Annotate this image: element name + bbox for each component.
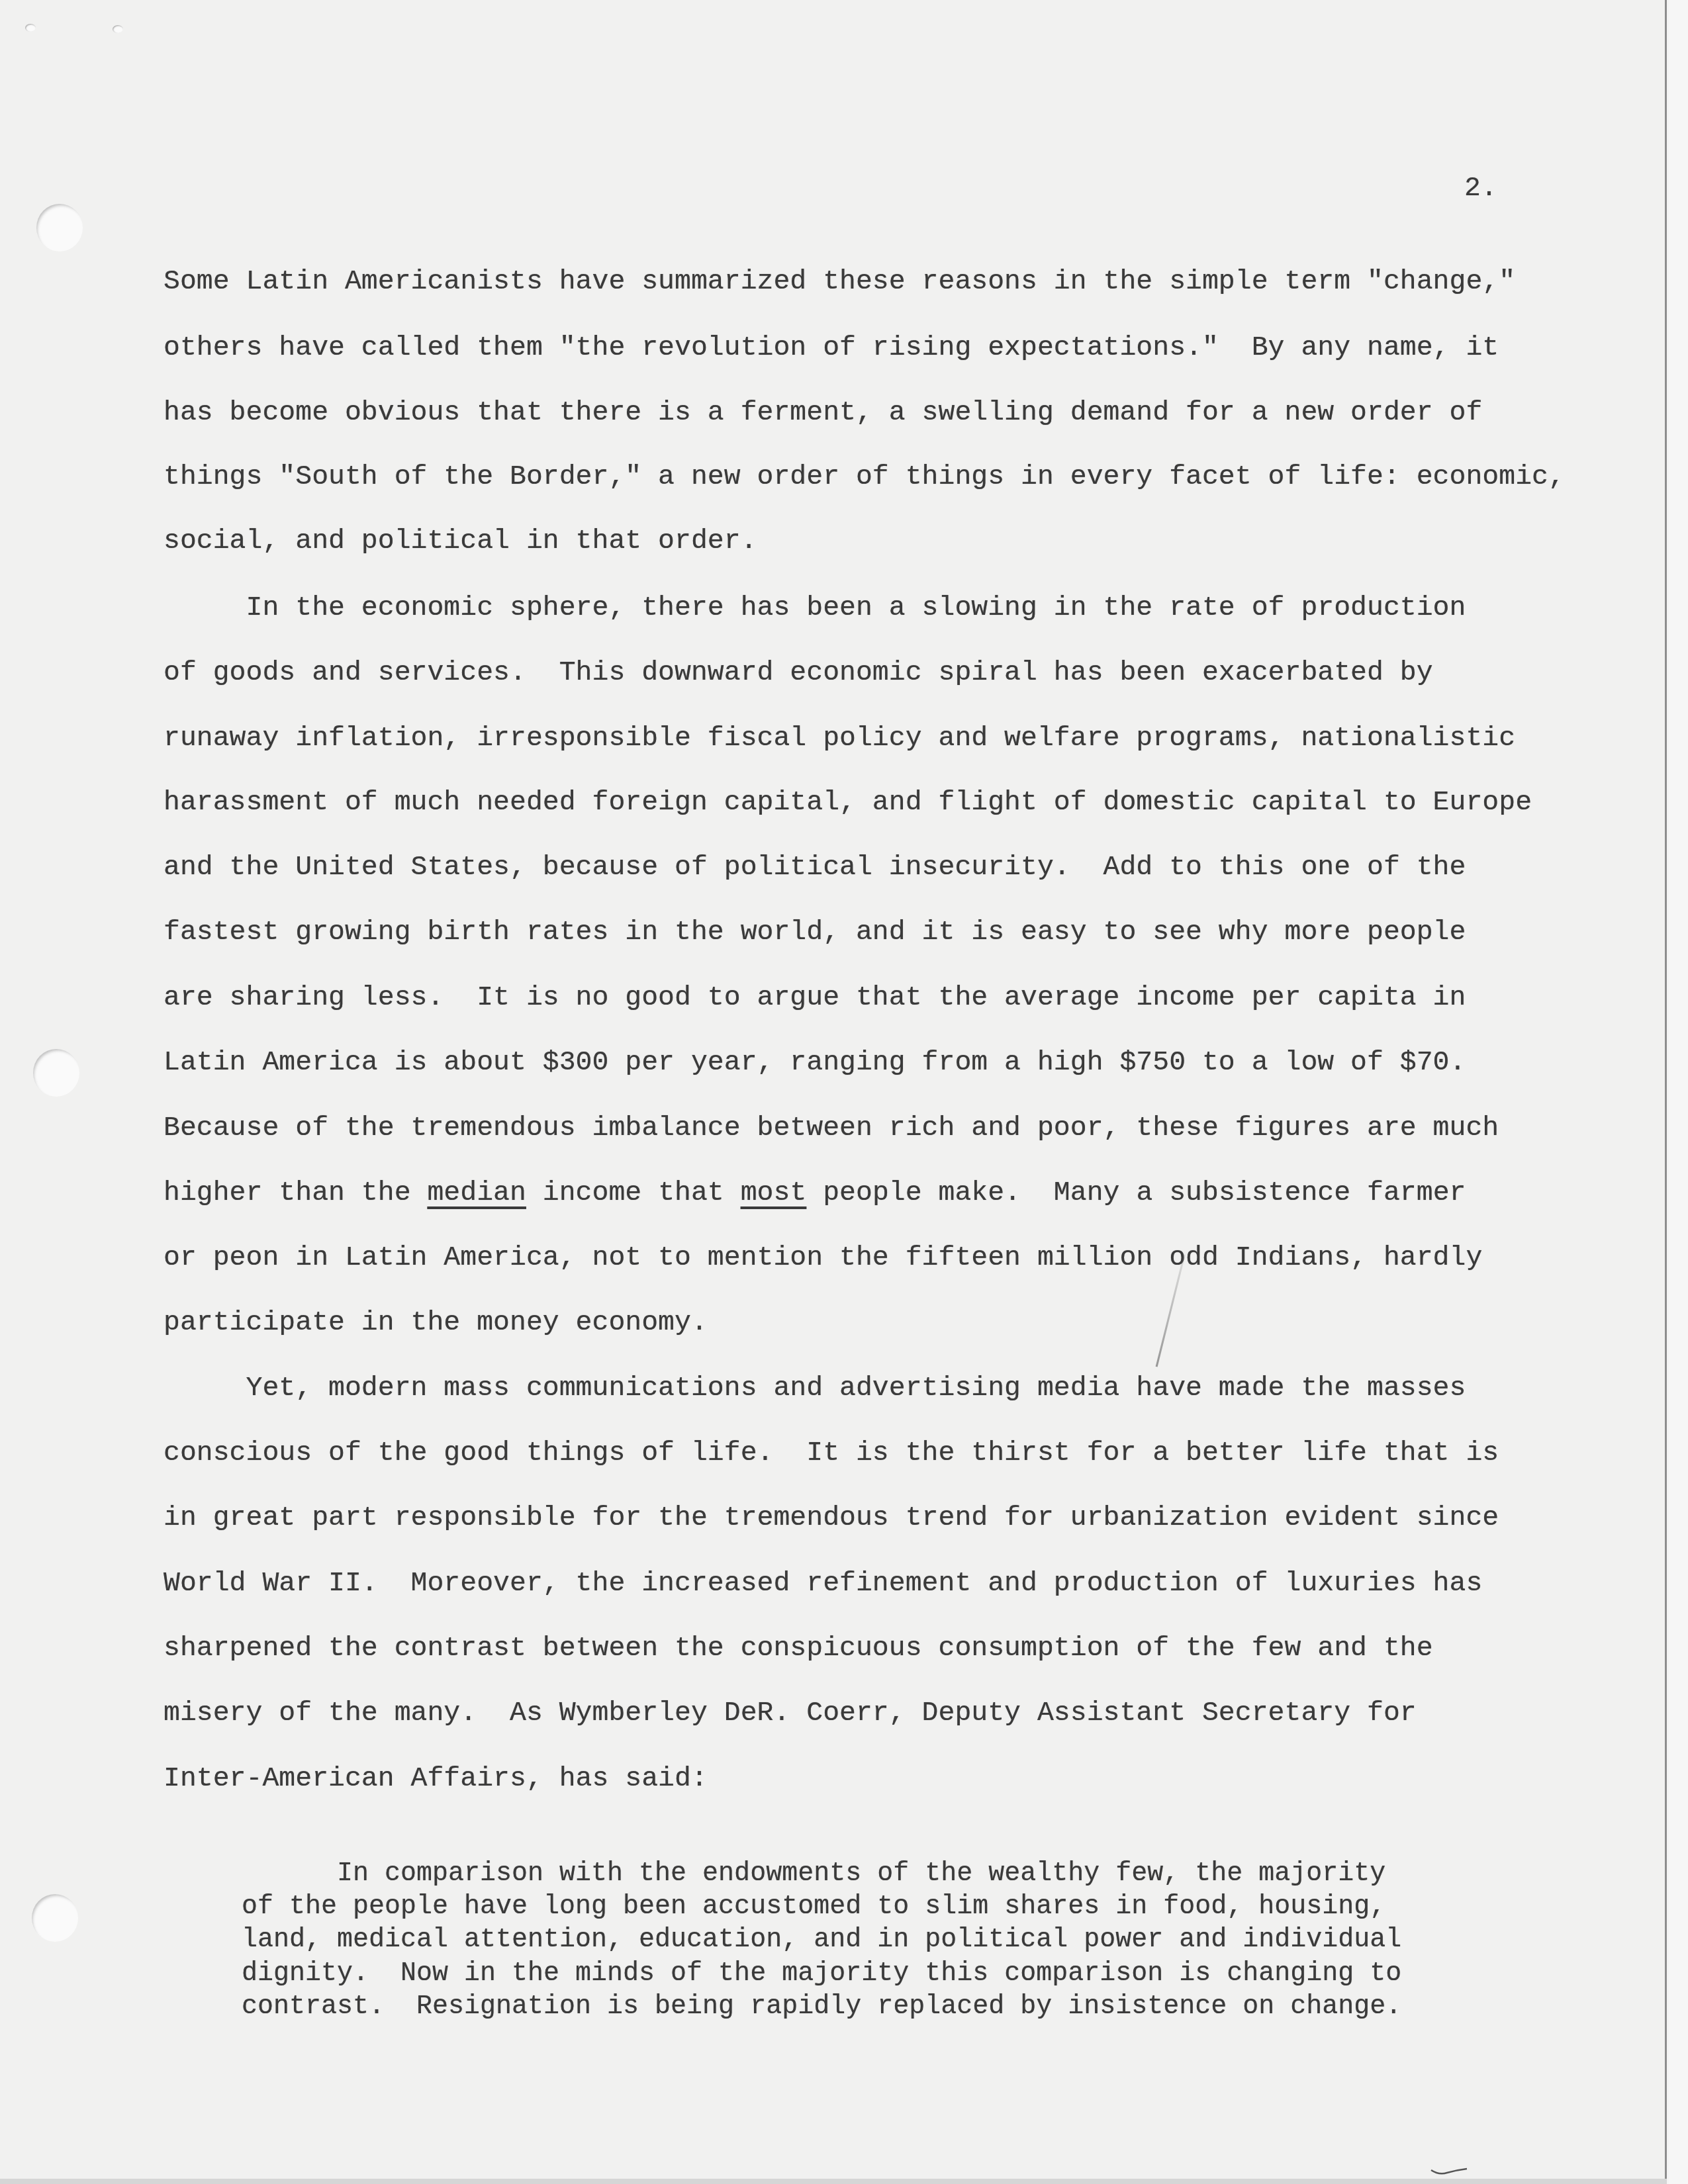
binder-hole-middle — [33, 1049, 79, 1097]
text-segment: income that — [526, 1177, 741, 1208]
paragraph-3-line-7: Inter-American Affairs, has said: — [164, 1765, 708, 1793]
block-quote-line-3: land, medical attention, education, and … — [242, 1927, 1401, 1954]
paragraph-2-line-1: In the economic sphere, there has been a… — [164, 594, 1466, 622]
paragraph-2-line-5: and the United States, because of politi… — [164, 854, 1466, 882]
text-segment: people make. Many a subsistence farmer — [806, 1177, 1466, 1208]
scanner-background-strip — [1669, 0, 1688, 2184]
paragraph-2-line-8: Latin America is about $300 per year, ra… — [164, 1049, 1466, 1077]
paragraph-1-line-5: social, and political in that order. — [164, 527, 757, 555]
block-quote-line-4: dignity. Now in the minds of the majorit… — [242, 1961, 1401, 1987]
paragraph-2-line-9: Because of the tremendous imbalance betw… — [164, 1115, 1499, 1142]
paragraph-1-line-1: Some Latin Americanists have summarized … — [164, 268, 1515, 296]
paragraph-3-line-3: in great part responsible for the tremen… — [164, 1504, 1499, 1532]
binder-hole-bottom — [32, 1894, 78, 1942]
page-number: 2. — [1464, 175, 1497, 203]
paragraph-2-line-6: fastest growing birth rates in the world… — [164, 919, 1466, 946]
paragraph-3-line-6: misery of the many. As Wymberley DeR. Co… — [164, 1700, 1417, 1727]
paragraph-2-line-11: or peon in Latin America, not to mention… — [164, 1244, 1482, 1272]
block-quote-line-1: In comparison with the endowments of the… — [242, 1861, 1385, 1888]
paragraph-2-line-2: of goods and services. This downward eco… — [164, 659, 1433, 687]
pencil-squiggle-mark — [1430, 2167, 1470, 2177]
paragraph-1-line-3: has become obvious that there is a ferme… — [164, 399, 1482, 427]
underlined-word-most: most — [741, 1177, 807, 1208]
paragraph-2-line-4: harassment of much needed foreign capita… — [164, 789, 1532, 817]
staple-dent-right — [113, 25, 123, 33]
block-quote-line-5: contrast. Resignation is being rapidly r… — [242, 1994, 1401, 2021]
paragraph-3-line-2: conscious of the good things of life. It… — [164, 1439, 1499, 1467]
underlined-word-median: median — [427, 1177, 526, 1208]
paragraph-1-line-2: others have called them "the revolution … — [164, 334, 1499, 362]
paragraph-2-line-12: participate in the money economy. — [164, 1309, 708, 1337]
block-quote-line-2: of the people have long been accustomed … — [242, 1894, 1385, 1921]
paragraph-3-line-4: World War II. Moreover, the increased re… — [164, 1570, 1482, 1598]
typewritten-page: 2. Some Latin Americanists have summariz… — [0, 0, 1667, 2184]
paragraph-3-line-1: Yet, modern mass communications and adve… — [164, 1375, 1466, 1402]
page-bottom-edge — [0, 2179, 1667, 2184]
paragraph-2-line-10: higher than the median income that most … — [164, 1179, 1466, 1207]
paragraph-2-line-7: are sharing less. It is no good to argue… — [164, 984, 1466, 1012]
text-segment: higher than the — [164, 1177, 427, 1208]
paragraph-3-line-5: sharpened the contrast between the consp… — [164, 1635, 1433, 1662]
staple-dent-left — [25, 24, 36, 32]
paragraph-1-line-4: things "South of the Border," a new orde… — [164, 463, 1565, 491]
binder-hole-top — [36, 204, 83, 251]
paragraph-2-line-3: runaway inflation, irresponsible fiscal … — [164, 725, 1515, 752]
